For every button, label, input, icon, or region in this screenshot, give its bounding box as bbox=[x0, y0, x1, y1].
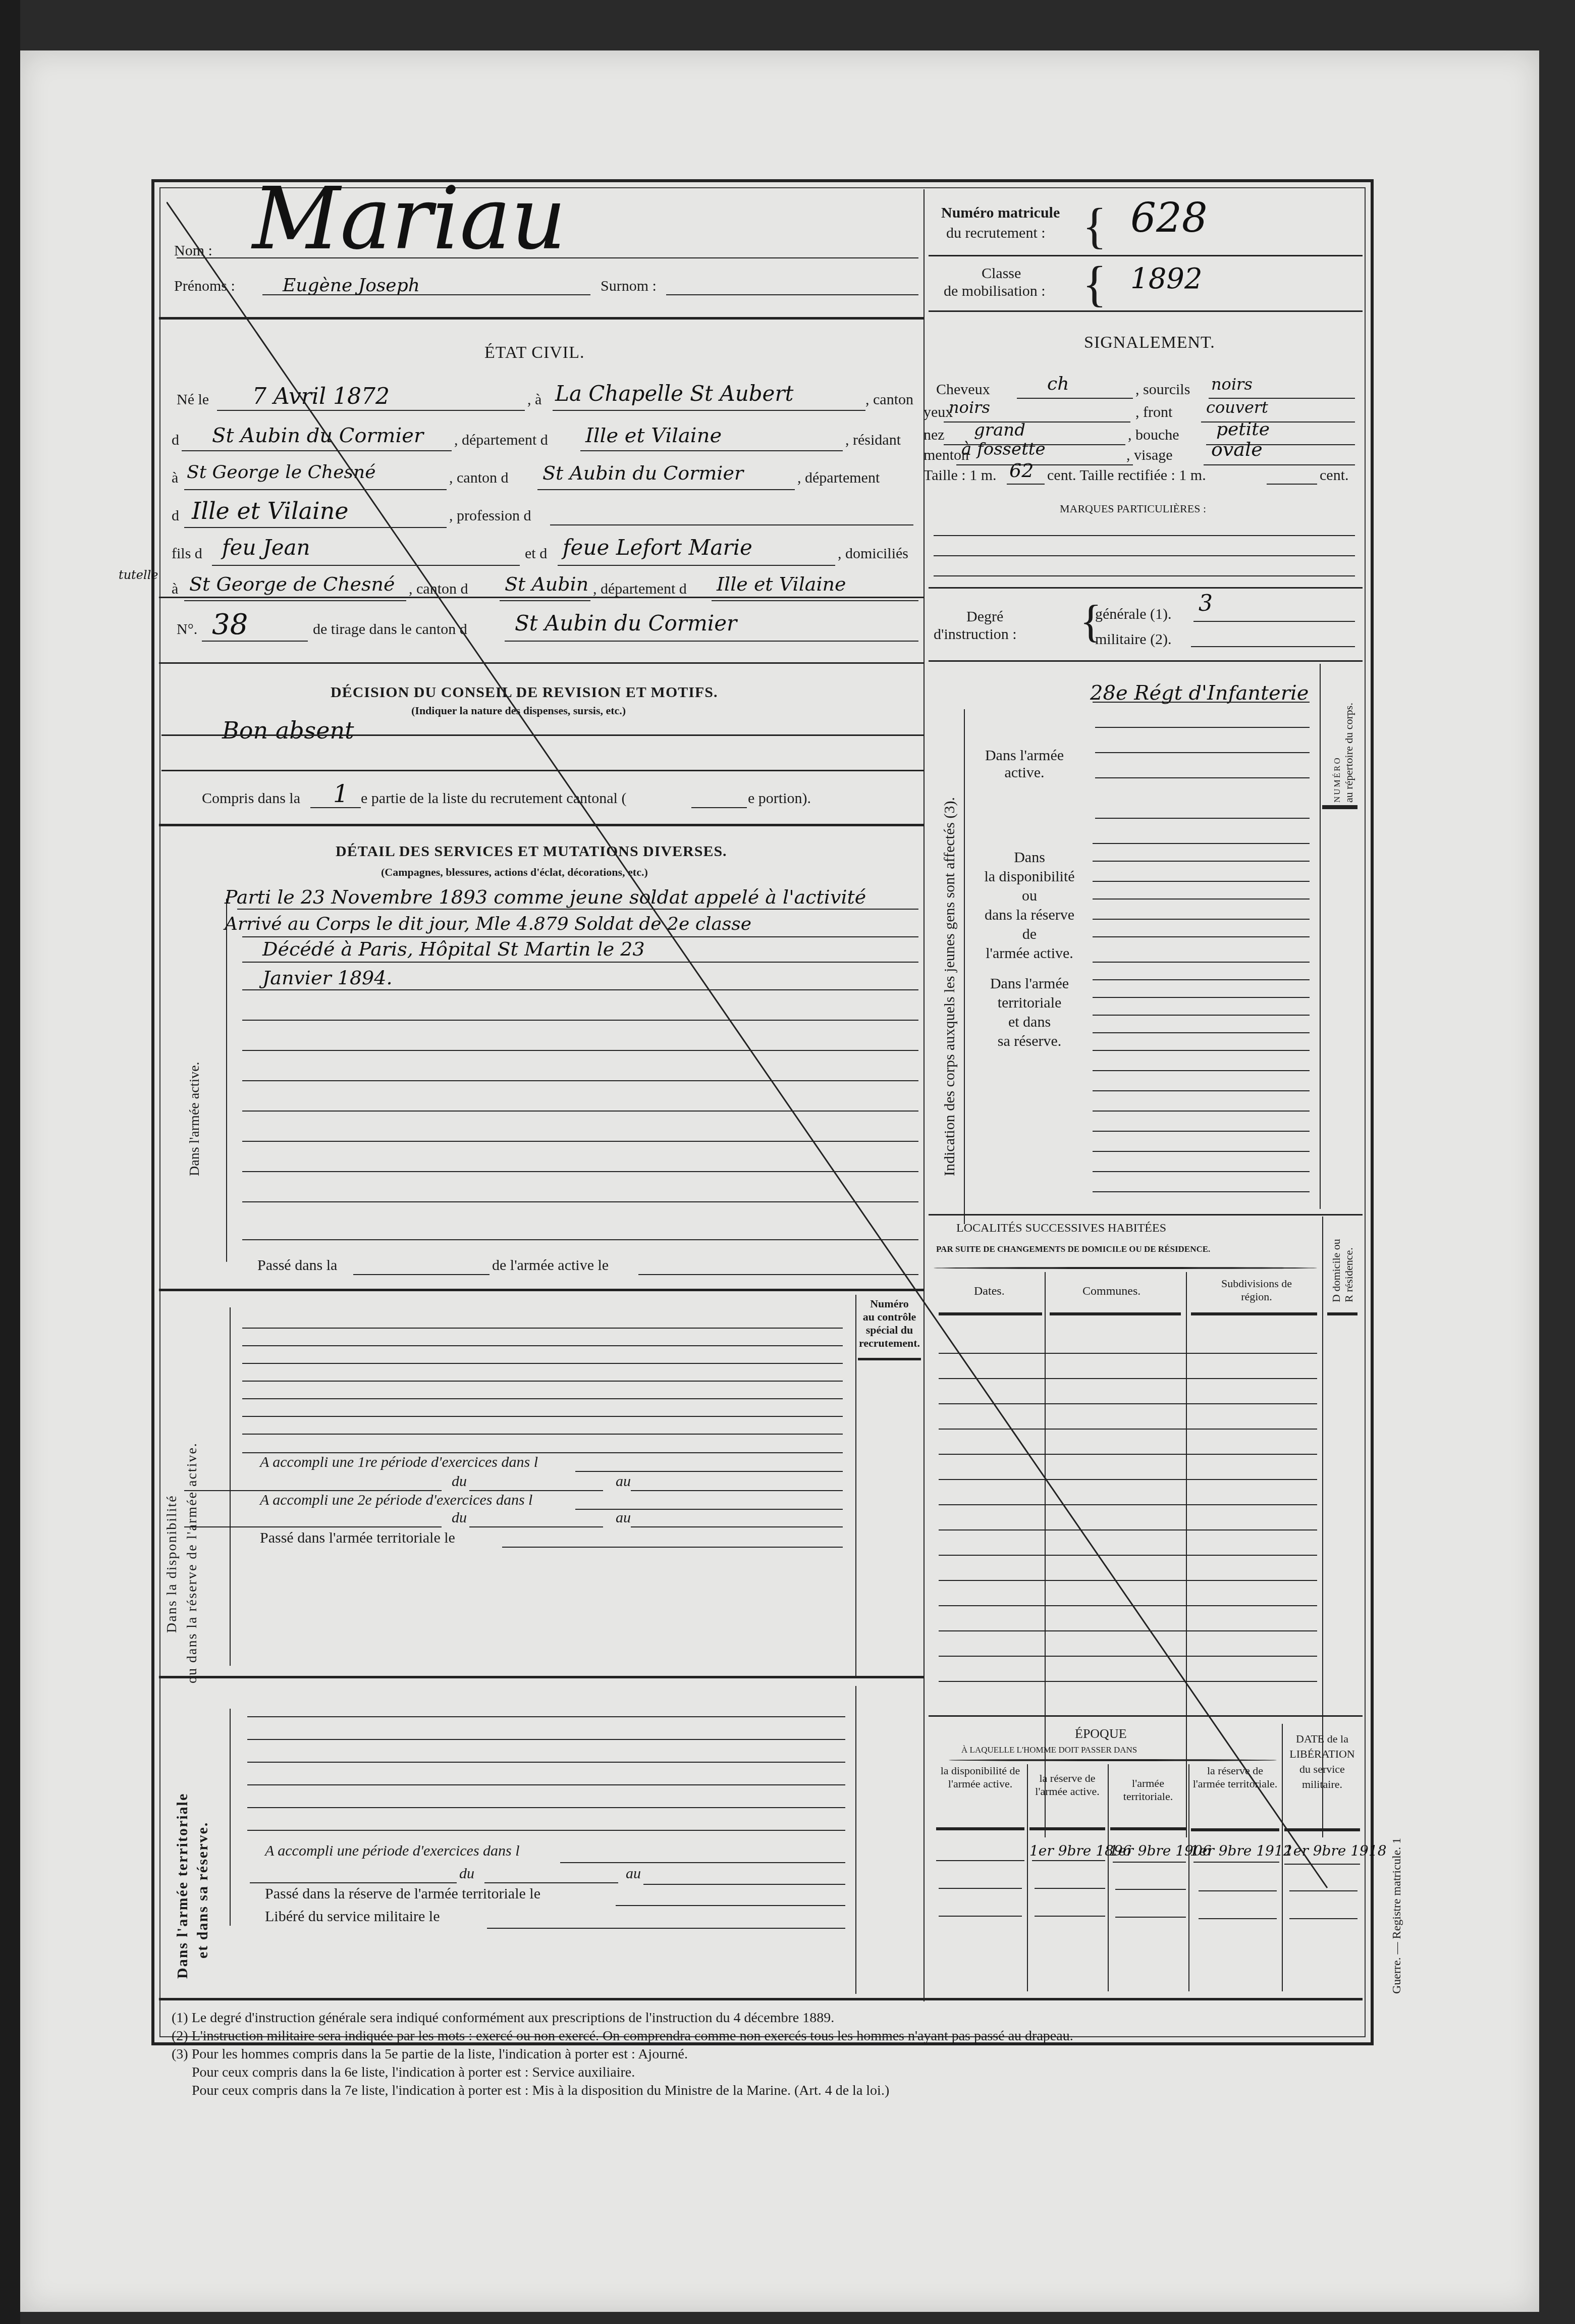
rule bbox=[242, 1239, 918, 1240]
sourcils-label: , sourcils bbox=[1135, 381, 1190, 398]
rule bbox=[939, 1681, 1317, 1682]
brace-curve bbox=[949, 1759, 1277, 1761]
service-line-2: Arrivé au Corps le dit jour, Mle 4.879 S… bbox=[225, 914, 751, 934]
rule bbox=[161, 734, 924, 736]
divider bbox=[929, 1214, 1363, 1216]
rule bbox=[934, 575, 1355, 576]
divider bbox=[858, 1358, 921, 1360]
rule bbox=[242, 1328, 843, 1329]
rule bbox=[1093, 899, 1310, 900]
localites-title: LOCALITÉS SUCCESSIVES HABITÉES bbox=[956, 1222, 1166, 1235]
rule bbox=[939, 1888, 1022, 1889]
ne-le-value: 7 Avril 1872 bbox=[252, 384, 390, 409]
terr-periode-field-2 bbox=[250, 1865, 457, 1883]
departement2-value: Ille et Vilaine bbox=[192, 497, 349, 524]
passe-field bbox=[353, 1257, 490, 1275]
terr-periode-label: A accompli une période d'exercices dans … bbox=[265, 1842, 520, 1860]
tirage-no-label: N°. bbox=[177, 621, 197, 638]
epoque-col-disponibilite: la disponibilité de l'armée active. bbox=[936, 1764, 1024, 1790]
compris-label-1: Compris dans la bbox=[202, 790, 300, 807]
a-label: , à bbox=[527, 391, 541, 408]
rule bbox=[1289, 1890, 1357, 1891]
localites-col-communes: Communes. bbox=[1082, 1285, 1140, 1298]
dispo-section-label-1: Dans la disponibilité bbox=[164, 1495, 180, 1633]
rule bbox=[1093, 1151, 1310, 1152]
rule bbox=[247, 1784, 845, 1785]
etat-civil-title: ÉTAT CIVIL. bbox=[484, 343, 584, 362]
taille-cent2-label: cent. bbox=[1320, 467, 1348, 484]
surnom-field bbox=[666, 280, 918, 295]
cheveux-label: Cheveux bbox=[936, 381, 990, 398]
footnote-3: (3) Pour les hommes compris dans la 5e p… bbox=[172, 2045, 1073, 2064]
rule bbox=[939, 1429, 1317, 1430]
au-label: au bbox=[616, 1509, 631, 1526]
divider bbox=[1191, 1312, 1317, 1315]
numero-repertoire-label-2: au répertoire du corps. bbox=[1342, 703, 1355, 803]
rule bbox=[934, 555, 1355, 556]
epoque-col-reserve-active: la réserve de l'armée active. bbox=[1029, 1772, 1105, 1798]
label-line: Dans bbox=[969, 848, 1090, 867]
rule bbox=[242, 1345, 843, 1346]
taille-value: 62 bbox=[1009, 459, 1034, 482]
rule bbox=[939, 1504, 1317, 1505]
services-subtitle: (Campagnes, blessures, actions d'éclat, … bbox=[381, 866, 648, 879]
divider bbox=[1029, 1827, 1105, 1830]
surnom-label: Surnom : bbox=[601, 278, 657, 295]
form-frame bbox=[151, 179, 1374, 2045]
divider bbox=[929, 1715, 1363, 1717]
tirage-canton-value: St Aubin du Cormier bbox=[515, 611, 737, 636]
compris-value: 1 bbox=[333, 780, 349, 808]
canton-label: , canton bbox=[865, 391, 913, 408]
rule bbox=[939, 1378, 1317, 1379]
profession-label: , profession d bbox=[449, 507, 531, 524]
column-divider bbox=[1027, 1764, 1028, 1991]
divider bbox=[1110, 1827, 1186, 1830]
taille-cent-label: cent. Taille rectifiée : 1 m. bbox=[1047, 467, 1206, 484]
canton3-value: St Aubin bbox=[505, 573, 588, 595]
rule bbox=[936, 1860, 1024, 1861]
rule bbox=[242, 1171, 918, 1172]
localites-side-label-2: R résidence. bbox=[1342, 1247, 1355, 1302]
canton2-label: , canton d bbox=[449, 469, 508, 487]
rule bbox=[939, 1555, 1317, 1556]
footnote-2: (2) L'instruction militaire sera indiqué… bbox=[172, 2027, 1073, 2045]
rule bbox=[1032, 1860, 1105, 1861]
periode2-field bbox=[575, 1492, 843, 1510]
domicilies-a-label: à bbox=[172, 580, 178, 598]
footnote-3b: Pour ceux compris dans la 6e liste, l'in… bbox=[172, 2064, 1073, 2082]
numero-controle-line: recrutement. bbox=[859, 1337, 920, 1349]
visage-label: , visage bbox=[1126, 447, 1173, 464]
services-section-label: Dans l'armée active. bbox=[187, 1062, 203, 1176]
rule bbox=[1193, 1862, 1279, 1863]
rule bbox=[1093, 1032, 1310, 1033]
divider bbox=[1284, 1828, 1360, 1831]
departement-value: Ille et Vilaine bbox=[585, 424, 722, 447]
libere-label: Libéré du service militaire le bbox=[265, 1908, 440, 1925]
rule bbox=[1095, 727, 1310, 728]
rule bbox=[939, 1580, 1317, 1581]
rule bbox=[247, 1830, 845, 1831]
rule bbox=[1199, 1918, 1277, 1919]
au-label: au bbox=[626, 1865, 641, 1882]
rule bbox=[939, 1605, 1317, 1606]
epoque-reserve-territoriale-value: 1er 9bre 1912 bbox=[1190, 1842, 1292, 1859]
profession-field bbox=[550, 507, 913, 525]
passe-reserve-field bbox=[616, 1888, 845, 1906]
rule bbox=[1093, 919, 1310, 920]
rule bbox=[939, 1353, 1317, 1354]
divider bbox=[1327, 1312, 1357, 1315]
rule bbox=[1284, 1864, 1360, 1865]
epoque-title: ÉPOQUE bbox=[1075, 1726, 1127, 1741]
localites-col-dates: Dates. bbox=[974, 1285, 1005, 1298]
et-de-label: et d bbox=[525, 545, 547, 562]
rule bbox=[1093, 861, 1310, 862]
rule bbox=[1095, 818, 1310, 819]
rule bbox=[1093, 1090, 1310, 1091]
numero-controle-line: Numéro bbox=[870, 1297, 909, 1310]
rule bbox=[1093, 1015, 1310, 1016]
militaire-field bbox=[1191, 631, 1355, 647]
label-line: dans la réserve bbox=[969, 906, 1090, 925]
margin-note: tutelle bbox=[119, 568, 158, 582]
decision-subtitle: (Indiquer la nature des dispenses, sursi… bbox=[411, 704, 626, 717]
rule bbox=[242, 1434, 843, 1435]
domicile-value: St George de Chesné bbox=[189, 573, 395, 595]
du-label: du bbox=[459, 1865, 474, 1882]
divider bbox=[1322, 805, 1357, 809]
fils-label: fils d bbox=[172, 545, 202, 562]
rule bbox=[1093, 1050, 1310, 1051]
rule bbox=[242, 1363, 843, 1364]
passe-territoriale-label: Passé dans l'armée territoriale le bbox=[260, 1529, 455, 1547]
terr-section-label-2: et dans sa réserve. bbox=[194, 1822, 211, 1959]
sourcils-value: noirs bbox=[1211, 375, 1253, 394]
footnote-1: (1) Le degré d'instruction générale sera… bbox=[172, 2009, 1073, 2027]
matricule-label-1: Numéro matricule bbox=[941, 204, 1060, 222]
brace-icon: { bbox=[1082, 255, 1107, 313]
rule bbox=[247, 1739, 845, 1740]
rule bbox=[1093, 1131, 1310, 1132]
residant-a-label: à bbox=[172, 469, 178, 487]
column-divider bbox=[855, 1686, 856, 1994]
rule bbox=[939, 1479, 1317, 1480]
rule bbox=[242, 989, 918, 990]
section-divider bbox=[159, 1998, 1363, 2000]
periode1-au-field bbox=[631, 1473, 843, 1491]
prenoms-label: Prénoms : bbox=[174, 278, 235, 295]
section-divider bbox=[159, 824, 924, 826]
label-line: Dans l'armée bbox=[969, 974, 1090, 993]
rule bbox=[237, 909, 918, 910]
rule bbox=[1113, 1862, 1186, 1863]
terr-du-field bbox=[484, 1865, 618, 1883]
portion-field bbox=[691, 790, 747, 808]
passe-label-2: de l'armée active le bbox=[492, 1257, 609, 1274]
compris-label-3: e portion). bbox=[748, 790, 811, 807]
tirage-value: 38 bbox=[212, 608, 248, 641]
rule bbox=[1115, 1889, 1186, 1890]
rule bbox=[242, 1381, 843, 1382]
periode1-field-2 bbox=[184, 1473, 442, 1491]
service-line-3: Décédé à Paris, Hôpital St Martin le 23 bbox=[262, 938, 645, 960]
periode2-field-2 bbox=[184, 1509, 442, 1527]
spine-label: Guerre. — Registre matricule. 1 bbox=[1390, 1838, 1404, 1994]
rule bbox=[1093, 936, 1310, 937]
column-divider bbox=[1108, 1764, 1109, 1991]
epoque-subtitle: À LAQUELLE L'HOMME DOIT PASSER DANS bbox=[961, 1745, 1137, 1755]
departement2-label: , département bbox=[797, 469, 880, 487]
rule bbox=[1093, 962, 1310, 963]
passe-label-1: Passé dans la bbox=[257, 1257, 337, 1274]
cheveux-field bbox=[1017, 383, 1133, 399]
instruction-label-2: d'instruction : bbox=[934, 626, 1017, 643]
rule bbox=[242, 1398, 843, 1399]
du-label: du bbox=[452, 1509, 467, 1526]
periode2-label: A accompli une 2e période d'exercices da… bbox=[260, 1492, 532, 1509]
column-divider bbox=[1320, 664, 1321, 1209]
rule bbox=[242, 1452, 843, 1453]
compris-label-2: e partie de la liste du recrutement cant… bbox=[361, 790, 626, 807]
nom-underline bbox=[177, 247, 918, 258]
rule bbox=[1095, 752, 1310, 753]
rule bbox=[247, 1762, 845, 1763]
canton3-label: , canton d bbox=[409, 580, 468, 598]
section-divider bbox=[159, 1289, 924, 1291]
au-label: au bbox=[616, 1473, 631, 1490]
visage-value: ovale bbox=[1211, 438, 1263, 460]
label-line: territoriale bbox=[969, 993, 1090, 1013]
divider bbox=[939, 1312, 1042, 1315]
generale-label: générale (1). bbox=[1095, 606, 1172, 623]
rule bbox=[1199, 1890, 1277, 1891]
tirage-label: de tirage dans le canton d bbox=[313, 621, 467, 638]
canton2-value: St Aubin du Cormier bbox=[542, 462, 743, 484]
label-line: la disponibilité bbox=[969, 867, 1090, 886]
prenoms-underline bbox=[262, 280, 590, 295]
front-label: , front bbox=[1135, 404, 1172, 421]
localites-subtitle: PAR SUITE DE CHANGEMENTS DE DOMICILE OU … bbox=[936, 1244, 1210, 1254]
decision-value: Bon absent bbox=[222, 717, 354, 744]
terr-section-label-1: Dans l'armée territoriale bbox=[174, 1793, 191, 1979]
rule bbox=[1289, 1918, 1357, 1919]
rule bbox=[242, 1080, 918, 1081]
divider bbox=[159, 597, 924, 598]
taille-label: Taille : 1 m. bbox=[924, 467, 997, 484]
classe-label-2: de mobilisation : bbox=[944, 283, 1046, 300]
domicilies-label: , domiciliés bbox=[838, 545, 908, 562]
section-divider bbox=[159, 317, 924, 320]
rule bbox=[1035, 1916, 1105, 1917]
departement-label: , département d bbox=[454, 432, 548, 449]
generale-field bbox=[1193, 606, 1355, 622]
territoriale-corps-label: Dans l'armée territoriale et dans sa rés… bbox=[969, 974, 1090, 1051]
label-line: de bbox=[969, 925, 1090, 944]
instruction-label-1: Degré bbox=[966, 608, 1003, 625]
services-title: DÉTAIL DES SERVICES ET MUTATIONS DIVERSE… bbox=[336, 843, 727, 860]
nez-value: grand bbox=[974, 420, 1025, 440]
rule bbox=[161, 770, 924, 771]
label-line: sa réserve. bbox=[969, 1032, 1090, 1051]
divider bbox=[929, 310, 1363, 312]
rule bbox=[242, 1020, 918, 1021]
divider bbox=[929, 660, 1363, 662]
numero-repertoire-label-1: NUMÉRO bbox=[1332, 756, 1342, 803]
classe-label-1: Classe bbox=[982, 265, 1021, 282]
divider bbox=[1050, 1312, 1181, 1315]
service-line-1: Parti le 23 Novembre 1893 comme jeune so… bbox=[225, 886, 866, 908]
rule bbox=[939, 1916, 1022, 1917]
nez-label: nez bbox=[924, 427, 945, 444]
passe-date-field bbox=[638, 1257, 918, 1275]
rule bbox=[1093, 997, 1310, 998]
militaire-label: militaire (2). bbox=[1095, 631, 1172, 648]
localites-col-subdivisions: Subdivisions de région. bbox=[1206, 1277, 1307, 1303]
front-value: couvert bbox=[1206, 398, 1268, 417]
canton-value: St Aubin du Cormier bbox=[212, 424, 423, 447]
mother-value: feue Lefort Marie bbox=[563, 535, 752, 560]
liberation-label: DATE de la LIBÉRATION du service militai… bbox=[1284, 1731, 1360, 1792]
rule bbox=[939, 1403, 1317, 1404]
rule bbox=[939, 1529, 1317, 1530]
rule bbox=[1093, 702, 1310, 703]
rule bbox=[242, 1050, 918, 1051]
rule bbox=[1093, 843, 1310, 844]
divider bbox=[936, 1827, 1024, 1830]
footnotes: (1) Le degré d'instruction générale sera… bbox=[172, 2009, 1073, 2100]
footnote-3c: Pour ceux compris dans la 7e liste, l'in… bbox=[172, 2082, 1073, 2100]
periode1-du-field bbox=[469, 1473, 603, 1491]
corps-vertical-label: Indication des corps auxquels les jeunes… bbox=[941, 797, 958, 1176]
rule bbox=[934, 535, 1355, 536]
rule bbox=[1093, 1191, 1310, 1192]
rule bbox=[242, 962, 918, 963]
residence-value: St George le Chesné bbox=[187, 462, 376, 483]
active-label: Dans l'armée active. bbox=[969, 747, 1080, 781]
cheveux-value: ch bbox=[1047, 374, 1069, 394]
rule bbox=[242, 1141, 918, 1142]
rule bbox=[1095, 777, 1310, 778]
rule bbox=[939, 1656, 1317, 1657]
periode1-field bbox=[575, 1454, 843, 1472]
terr-au-field bbox=[643, 1867, 845, 1885]
liberation-value: 1er 9bre 1918 bbox=[1284, 1842, 1387, 1859]
father-value: feu Jean bbox=[222, 535, 310, 560]
rule bbox=[242, 936, 918, 937]
bouche-label: , bouche bbox=[1128, 427, 1179, 444]
brace bbox=[964, 709, 965, 1224]
rule bbox=[1115, 1917, 1186, 1918]
passe-reserve-label: Passé dans la réserve de l'armée territo… bbox=[265, 1885, 540, 1903]
departement3-label: , département d bbox=[593, 580, 687, 598]
decision-title: DÉCISION DU CONSEIL DE REVISION ET MOTIF… bbox=[331, 684, 718, 701]
menton-value: à fossette bbox=[961, 439, 1046, 459]
service-line-4: Janvier 1894. bbox=[262, 967, 393, 989]
departement3-value: Ille et Vilaine bbox=[717, 573, 846, 595]
du-label: du bbox=[452, 1473, 467, 1490]
matricule-value: 628 bbox=[1130, 194, 1208, 241]
terr-periode-field bbox=[560, 1845, 845, 1863]
rule bbox=[1093, 1171, 1310, 1172]
divider bbox=[159, 662, 924, 664]
rule bbox=[242, 1416, 843, 1417]
rule bbox=[242, 1111, 918, 1112]
rule bbox=[242, 1201, 918, 1202]
yeux-value: noirs bbox=[949, 398, 990, 417]
rule bbox=[1035, 1888, 1105, 1889]
generale-value: 3 bbox=[1199, 591, 1213, 616]
rule bbox=[1093, 979, 1310, 980]
divider bbox=[929, 587, 1363, 589]
numero-controle-line: spécial du bbox=[866, 1324, 913, 1336]
label-line: l'armée active. bbox=[969, 944, 1090, 963]
periode2-au-field bbox=[631, 1509, 843, 1527]
taille-rectifiee-field bbox=[1267, 468, 1317, 485]
section-divider bbox=[159, 1676, 924, 1678]
rule bbox=[247, 1716, 845, 1717]
birthplace-value: La Chapelle St Aubert bbox=[555, 381, 793, 406]
canton-de-label: d bbox=[172, 432, 179, 449]
periode1-label: A accompli une 1re période d'exercices d… bbox=[260, 1454, 538, 1471]
rule bbox=[247, 1807, 845, 1808]
ne-le-label: Né le bbox=[177, 391, 209, 408]
passe-territoriale-field bbox=[502, 1529, 843, 1548]
rule bbox=[1093, 1111, 1310, 1112]
marques-title: MARQUES PARTICULIÈRES : bbox=[1060, 502, 1206, 515]
brace-icon: { bbox=[1082, 197, 1107, 255]
classe-value: 1892 bbox=[1130, 262, 1203, 295]
label-line: et dans bbox=[969, 1013, 1090, 1032]
brace bbox=[226, 899, 227, 1262]
signalement-title: SIGNALEMENT. bbox=[1084, 333, 1215, 352]
departement2-prefix: d bbox=[172, 507, 179, 524]
column-divider bbox=[855, 1295, 856, 1676]
rule bbox=[1093, 1070, 1310, 1071]
bouche-value: petite bbox=[1216, 419, 1270, 440]
brace bbox=[230, 1709, 231, 1926]
epoque-col-reserve-territoriale: la réserve de l'armée territoriale. bbox=[1191, 1764, 1279, 1790]
dispo-corps-label: Dans la disponibilité ou dans la réserve… bbox=[969, 848, 1090, 963]
brace-curve bbox=[934, 1267, 1317, 1269]
libere-field bbox=[487, 1911, 845, 1929]
matricule-label-2: du recrutement : bbox=[946, 225, 1046, 242]
divider bbox=[1191, 1828, 1279, 1831]
column-divider bbox=[1188, 1764, 1189, 1991]
rule bbox=[1093, 881, 1310, 882]
rule bbox=[939, 1630, 1317, 1631]
rule bbox=[939, 1454, 1317, 1455]
book-binding bbox=[0, 0, 20, 2324]
localites-side-label-1: D domicile ou bbox=[1330, 1239, 1343, 1302]
epoque-col-territoriale: l'armée territoriale. bbox=[1110, 1777, 1186, 1803]
numero-controle-label: Numéro au contrôle spécial du recrutemen… bbox=[858, 1297, 921, 1350]
numero-controle-line: au contrôle bbox=[863, 1310, 916, 1323]
label-line: ou bbox=[969, 886, 1090, 906]
periode2-du-field bbox=[469, 1509, 603, 1527]
divider bbox=[929, 255, 1363, 256]
residant-label: , résidant bbox=[845, 432, 901, 449]
